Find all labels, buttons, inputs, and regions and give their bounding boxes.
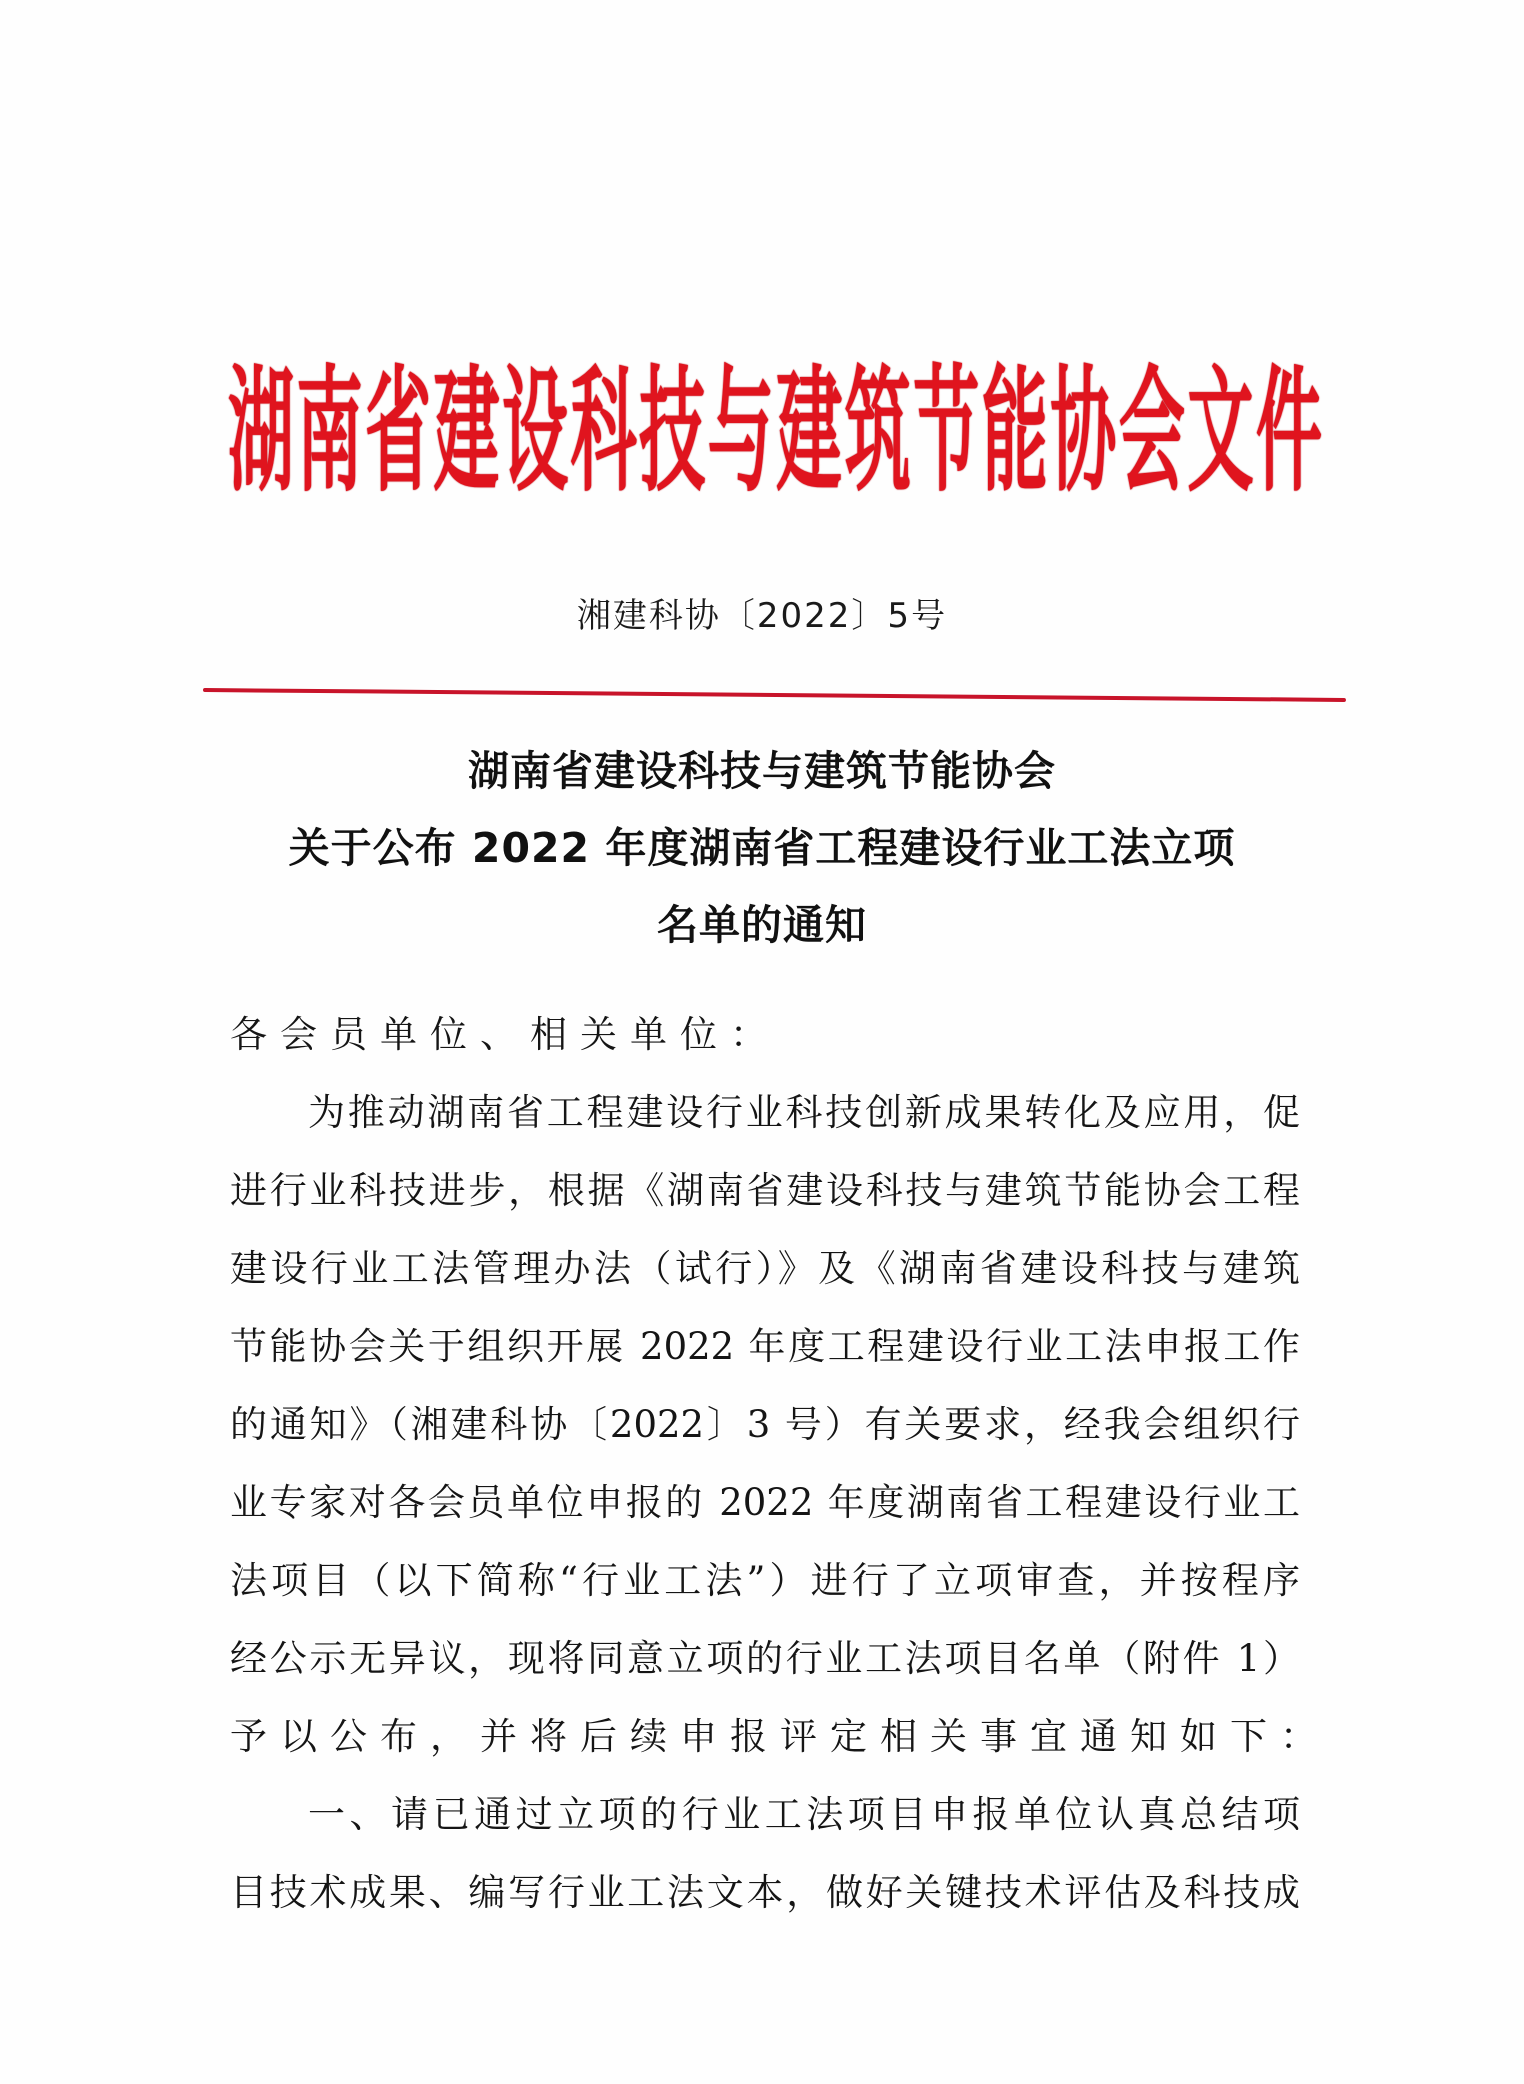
header-title-char: 建 <box>434 365 500 500</box>
notice-title-line-3: 名单的通知 <box>0 892 1524 951</box>
header-title-char: 湖 <box>228 365 294 500</box>
header-title-char: 省 <box>365 365 431 500</box>
body-line-9: 予以公布，并将后续申报评定相关事宜通知如下： <box>230 1712 1300 1762</box>
body-line-11: 目技术成果、编写行业工法文本，做好关键技术评估及科技成 <box>230 1868 1300 1918</box>
body-line-4: 节能协会关于组织开展 2022 年度工程建设行业工法申报工作 <box>230 1322 1300 1372</box>
header-title-char: 会 <box>1119 365 1185 500</box>
header-title-char: 设 <box>502 365 568 500</box>
header-title-char: 与 <box>708 365 774 500</box>
header-title-char: 文 <box>1187 365 1253 500</box>
body-line-8: 经公示无异议，现将同意立项的行业工法项目名单（附件 1） <box>230 1634 1300 1684</box>
document-page: 湖南省建设科技与建筑节能协会文件 湘建科协〔2022〕5号 湖南省建设科技与建筑… <box>0 0 1524 2084</box>
body-line-3: 建设行业工法管理办法（试行）》及《湖南省建设科技与建筑 <box>230 1244 1300 1294</box>
header-title-char: 建 <box>776 365 842 500</box>
document-number: 湘建科协〔2022〕5号 <box>0 588 1524 637</box>
salutation: 各会员单位、相关单位： <box>230 1010 1300 1060</box>
header-title-char: 协 <box>1050 365 1116 500</box>
notice-title-line-1: 湖南省建设科技与建筑节能协会 <box>0 738 1524 797</box>
body-line-5: 的通知》（湘建科协〔2022〕3 号）有关要求，经我会组织行 <box>230 1400 1300 1450</box>
body-line-6: 业专家对各会员单位申报的 2022 年度湖南省工程建设行业工 <box>230 1478 1300 1528</box>
body-line-7: 法项目（以下简称“行业工法”）进行了立项审查，并按程序 <box>230 1556 1300 1606</box>
header-title-char: 技 <box>639 365 705 500</box>
red-divider-rule <box>203 688 1346 702</box>
header-title-char: 能 <box>982 365 1048 500</box>
body-line-2: 进行业科技进步，根据《湖南省建设科技与建筑节能协会工程 <box>230 1166 1300 1216</box>
header-title-char: 科 <box>571 365 637 500</box>
notice-title-line-2: 关于公布 2022 年度湖南省工程建设行业工法立项 <box>0 815 1524 874</box>
body-line-10: 一、请已通过立项的行业工法项目申报单位认真总结项 <box>308 1790 1300 1840</box>
header-title-char: 件 <box>1256 365 1322 500</box>
header-title-char: 南 <box>297 365 363 500</box>
body-line-1: 为推动湖南省工程建设行业科技创新成果转化及应用，促 <box>308 1088 1300 1138</box>
header-title-char: 节 <box>913 365 979 500</box>
document-header-title: 湖南省建设科技与建筑节能协会文件 <box>228 360 1322 506</box>
header-title-char: 筑 <box>845 365 911 500</box>
